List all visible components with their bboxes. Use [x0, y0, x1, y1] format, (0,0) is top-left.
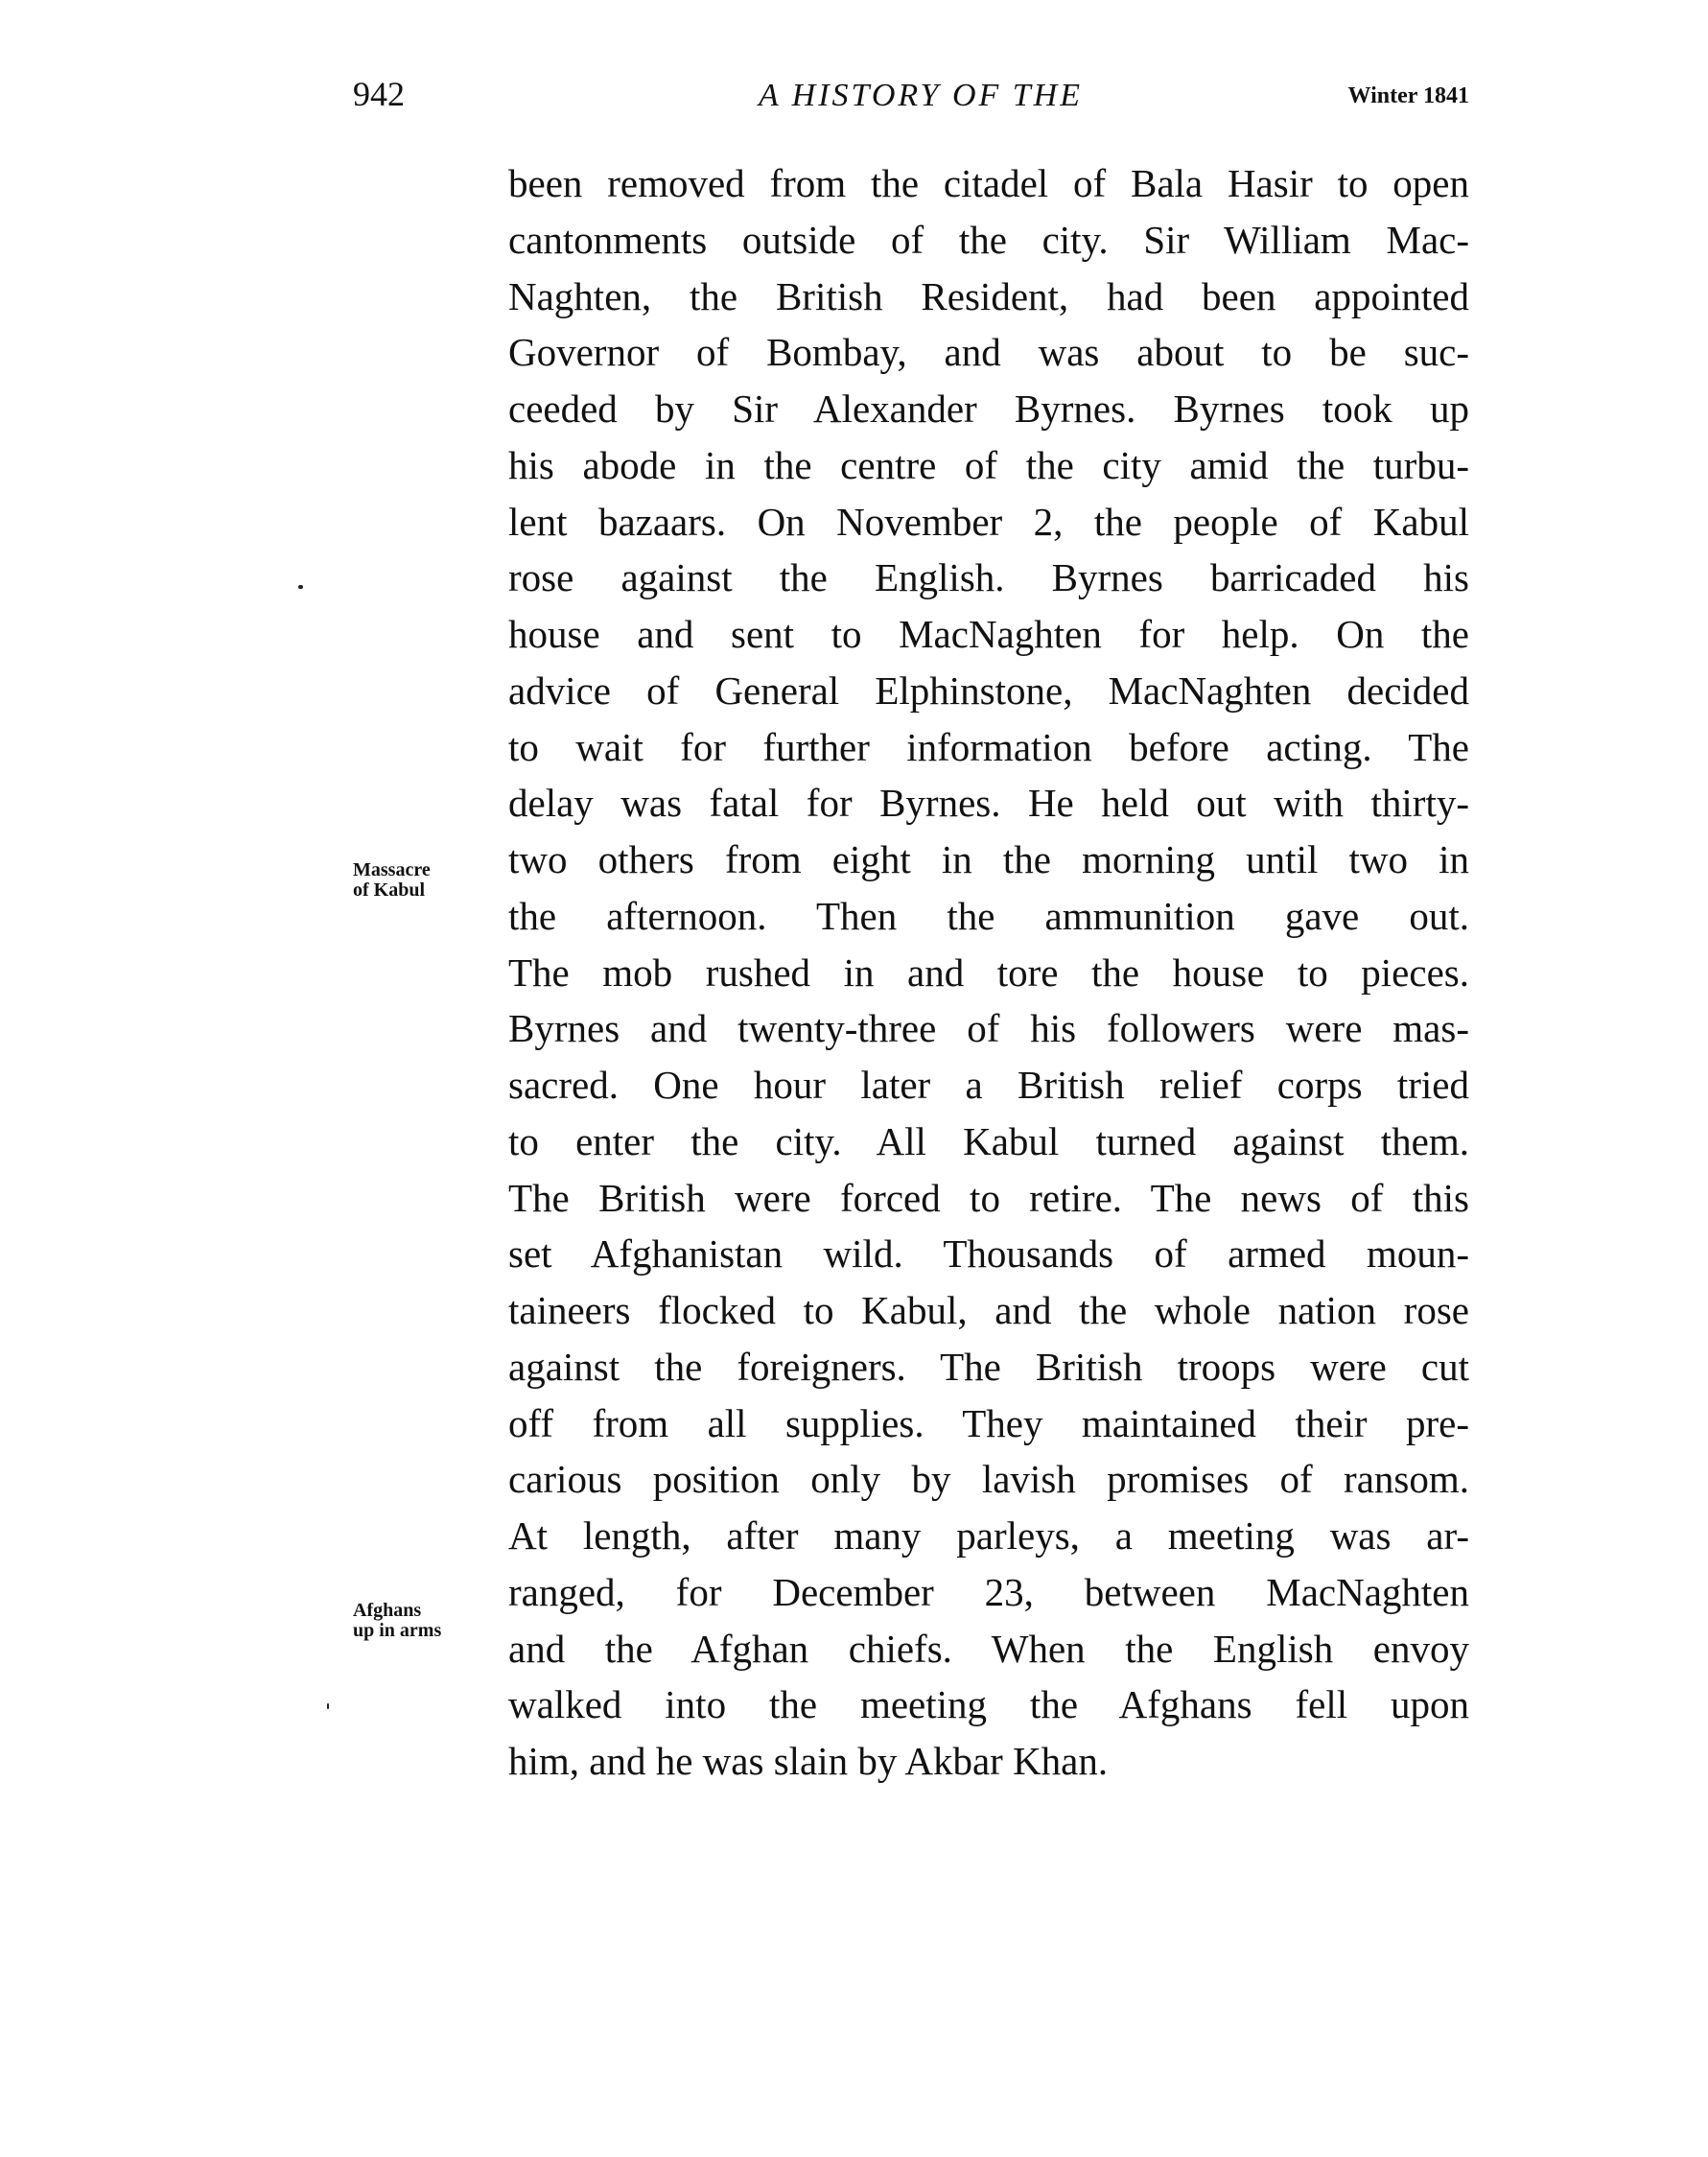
text-line: ranged, for December 23, between MacNagh… — [508, 1564, 1469, 1621]
text-line: two others from eight in the morning unt… — [508, 832, 1469, 888]
text-line: lent bazaars. On November 2, the people … — [508, 494, 1469, 551]
text-line: house and sent to MacNaghten for help. O… — [508, 606, 1469, 663]
margin-note-line: Afghans — [353, 1601, 441, 1621]
scan-speck — [298, 585, 303, 589]
text-line: off from all supplies. They maintained t… — [508, 1395, 1469, 1452]
text-line: been removed from the citadel of Bala Ha… — [508, 155, 1469, 212]
scan-speck — [327, 1703, 329, 1709]
text-line: and the Afghan chiefs. When the English … — [508, 1621, 1469, 1677]
text-line: Governor of Bombay, and was about to be … — [508, 324, 1469, 381]
text-line: him, and he was slain by Akbar Khan. — [508, 1733, 1469, 1790]
page-header: 942 A HISTORY OF THE Winter 1841 — [0, 0, 1708, 125]
text-line: set Afghanistan wild. Thousands of armed… — [508, 1226, 1469, 1282]
text-line: against the foreigners. The British troo… — [508, 1339, 1469, 1395]
text-line: the afternoon. Then the ammunition gave … — [508, 888, 1469, 945]
body-text: been removed from the citadel of Bala Ha… — [508, 155, 1469, 1790]
text-line: delay was fatal for Byrnes. He held out … — [508, 775, 1469, 832]
text-line: carious position only by lavish promises… — [508, 1451, 1469, 1508]
text-line: ceeded by Sir Alexander Byrnes. Byrnes t… — [508, 381, 1469, 437]
margin-note-line: of Kabul — [353, 880, 431, 901]
running-date: Winter 1841 — [1348, 81, 1469, 111]
page-number: 942 — [353, 75, 405, 113]
text-line: Naghten, the British Resident, had been … — [508, 269, 1469, 325]
text-line: Byrnes and twenty-three of his followers… — [508, 1000, 1469, 1057]
text-line: his abode in the centre of the city amid… — [508, 437, 1469, 494]
text-line: walked into the meeting the Afghans fell… — [508, 1676, 1469, 1733]
text-line: cantonments outside of the city. Sir Wil… — [508, 212, 1469, 269]
text-line: rose against the English. Byrnes barrica… — [508, 550, 1469, 606]
margin-note-line: up in arms — [353, 1621, 441, 1641]
text-line: to enter the city. All Kabul turned agai… — [508, 1114, 1469, 1170]
text-line: taineers flocked to Kabul, and the whole… — [508, 1282, 1469, 1339]
running-title: A HISTORY OF THE — [623, 77, 1218, 115]
text-line: to wait for further information before a… — [508, 719, 1469, 776]
margin-note-massacre-of-kabul: Massacre of Kabul — [353, 860, 431, 901]
book-page: 942 A HISTORY OF THE Winter 1841 Massacr… — [0, 0, 1708, 2157]
margin-note-line: Massacre — [353, 860, 431, 880]
text-line: advice of General Elphinstone, MacNaghte… — [508, 663, 1469, 719]
margin-note-afghans-up-in-arms: Afghans up in arms — [353, 1601, 441, 1641]
text-line: At length, after many parleys, a meeting… — [508, 1508, 1469, 1564]
text-line: The mob rushed in and tore the house to … — [508, 945, 1469, 1001]
text-line: The British were forced to retire. The n… — [508, 1170, 1469, 1227]
text-line: sacred. One hour later a British relief … — [508, 1057, 1469, 1114]
